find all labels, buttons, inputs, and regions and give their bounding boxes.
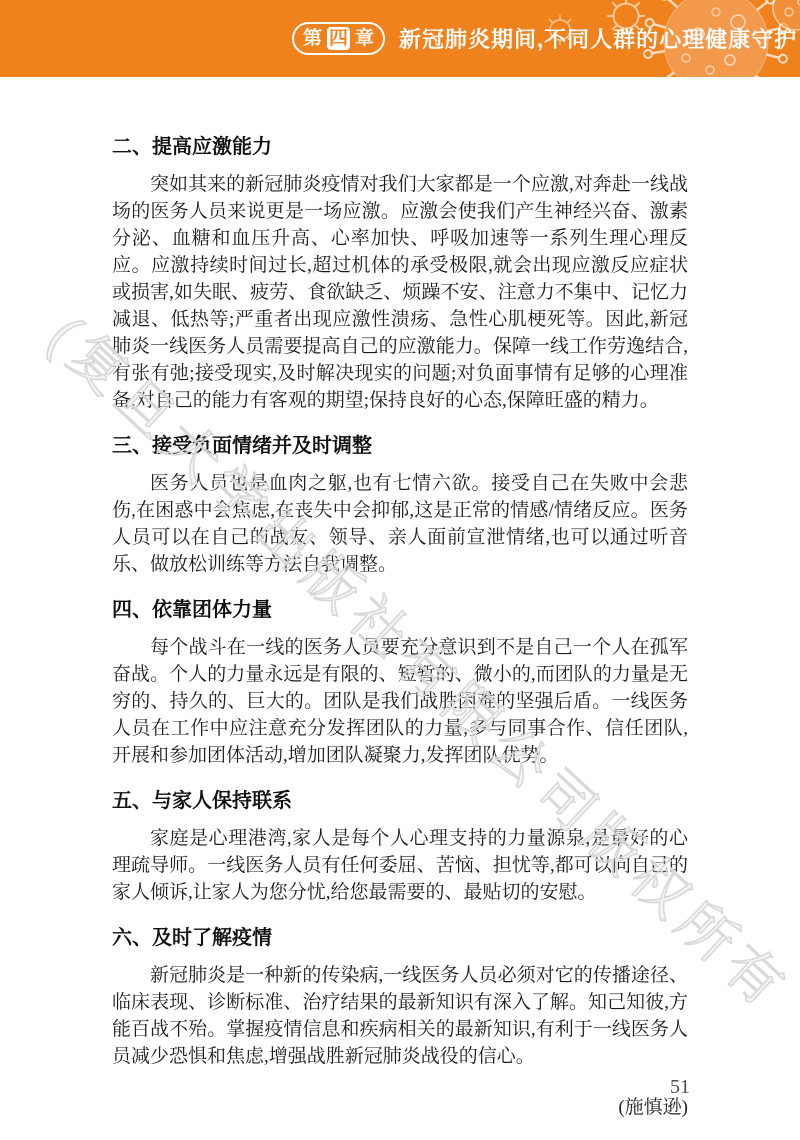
chapter-badge-char-highlight: 四 bbox=[327, 27, 350, 50]
chapter-badge-char: 章 bbox=[354, 28, 375, 49]
chapter-title: 新冠肺炎期间,不同人群的心理健康守护 bbox=[399, 23, 797, 54]
author-attribution: (施慎逊) bbox=[112, 1092, 688, 1119]
chapter-badge-char: 第 bbox=[302, 28, 323, 49]
section-heading-3: 三、接受负面情绪并及时调整 bbox=[112, 432, 688, 460]
section-heading-5: 五、与家人保持联系 bbox=[112, 787, 688, 815]
section-body-3: 医务人员也是血肉之躯,也有七情六欲。接受自己在失败中会悲伤,在困惑中会焦虑,在丧… bbox=[112, 470, 688, 578]
page-number: 51 bbox=[670, 1076, 690, 1099]
chapter-badge: 第 四 章 bbox=[292, 22, 385, 55]
section-heading-2: 二、提高应激能力 bbox=[112, 133, 688, 161]
section-body-2: 突如其来的新冠肺炎疫情对我们大家都是一个应激,对奔赴一线战场的医务人员来说更是一… bbox=[112, 171, 688, 414]
section-body-6: 新冠肺炎是一种新的传染病,一线医务人员必须对它的传播途径、临床表现、诊断标准、治… bbox=[112, 962, 688, 1070]
section-body-5: 家庭是心理港湾,家人是每个人心理支持的力量源泉,是最好的心理疏导师。一线医务人员… bbox=[112, 825, 688, 906]
section-heading-4: 四、依靠团体力量 bbox=[112, 596, 688, 624]
section-body-4: 每个战斗在一线的医务人员要充分意识到不是自己一个人在孤军奋战。个人的力量永远是有… bbox=[112, 634, 688, 769]
book-page: 第 四 章 新冠肺炎期间,不同人群的心理健康守护 二、提高应激能力 突如其来的新… bbox=[0, 0, 800, 1140]
section-heading-6: 六、及时了解疫情 bbox=[112, 924, 688, 952]
chapter-header-band: 第 四 章 新冠肺炎期间,不同人群的心理健康守护 bbox=[0, 0, 800, 77]
page-content: 二、提高应激能力 突如其来的新冠肺炎疫情对我们大家都是一个应激,对奔赴一线战场的… bbox=[112, 77, 688, 1119]
